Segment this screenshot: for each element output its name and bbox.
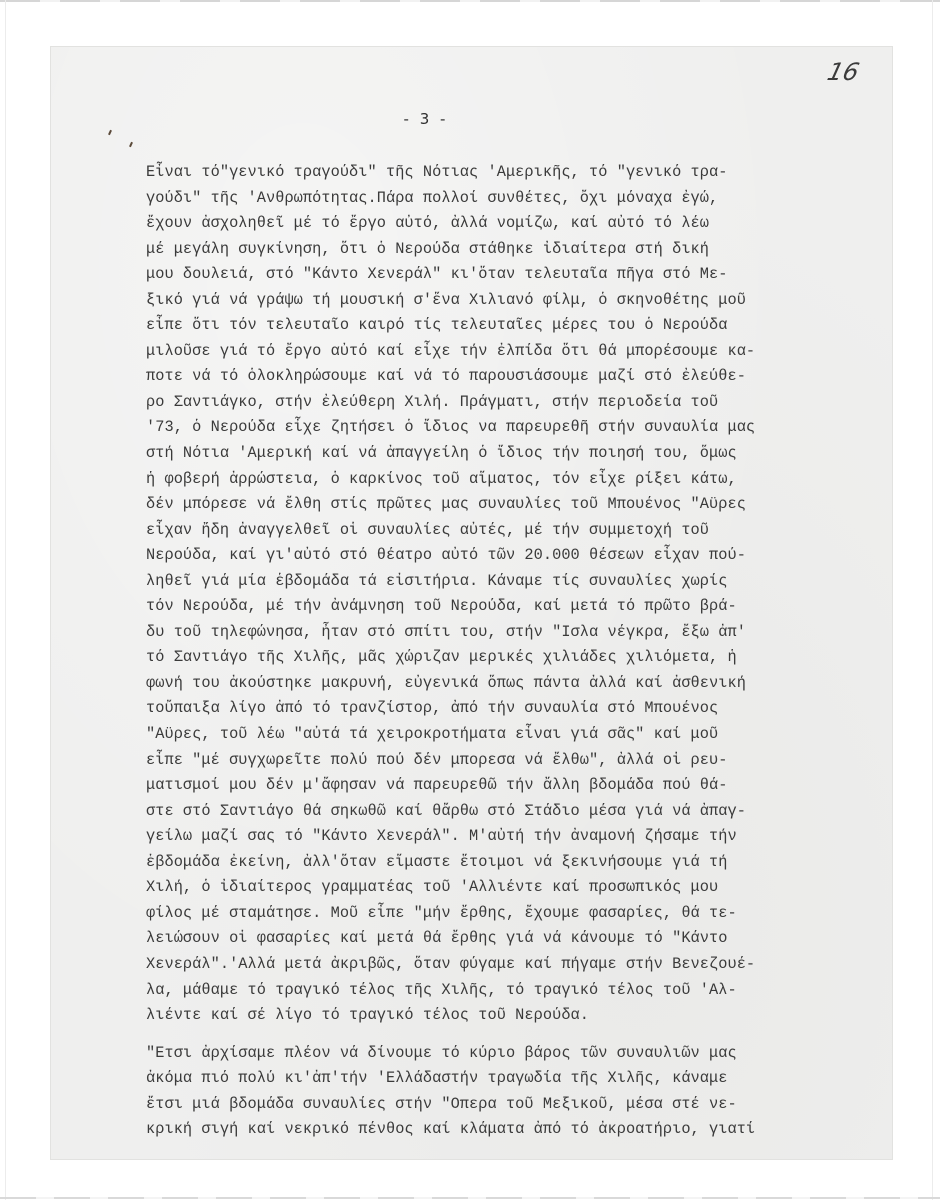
text-line: τό Σαντιάγο τῆς Χιλῆς, μᾶς χώριζαν μερικ… [146, 645, 846, 671]
text-line: δυ τοῦ τηλεφώνησα, ἦταν στό σπίτι του, σ… [146, 620, 846, 646]
text-line: "Αϋρες, τοῦ λέω "αὐτά τά χειροκροτήματα … [146, 722, 846, 748]
text-line: Εἶναι τό"γενικό τραγούδι" τῆς Νότιας 'Αμ… [146, 160, 846, 186]
text-line: '73, ὁ Νερούδα εἶχε ζητήσει ὁ ἴδιος να π… [146, 415, 846, 441]
paragraph-gap [146, 1029, 846, 1041]
text-line: γούδι" τῆς 'Ανθρωπότητας.Πάρα πολλοί συν… [146, 186, 846, 212]
text-line: ἔτσι μιά βδομάδα συναυλίες στήν "Οπερα τ… [146, 1092, 846, 1118]
text-line: στε στό Σαντιάγο θά σηκωθῶ καί θἄρθω στό… [146, 799, 846, 825]
text-line: κρική σιγή καί νεκρικό πένθος καί κλάματ… [146, 1117, 846, 1143]
text-line: ρο Σαντιάγκο, στήν ἐλεύθερη Χιλή. Πράγμα… [146, 390, 846, 416]
text-line: δέν μπόρεσε νά ἔλθη στίς πρῶτες μας συνα… [146, 492, 846, 518]
text-line: ἡ φοβερή ἀρρώστεια, ὁ καρκίνος τοῦ αἵματ… [146, 467, 846, 493]
text-line: ματισμοί μου δέν μ'ἄφησαν νά παρευρεθῶ τ… [146, 773, 846, 799]
text-line: λειώσουν οἱ φασαρίες καί μετά θά ἔρθης γ… [146, 926, 846, 952]
text-line: "Ετσι ἀρχίσαμε πλέον νά δίνουμε τό κύριο… [146, 1041, 846, 1067]
text-line: μου δουλειά, στό "Κάντο Χενεράλ" κι'ὅταν… [146, 262, 846, 288]
text-line: γείλω μαζί σας τό "Κάντο Χενεράλ". Μ'αὐτ… [146, 824, 846, 850]
text-line: Νερούδα, καί γι'αὐτό στό θέατρο αὐτό τῶν… [146, 543, 846, 569]
text-line: μέ μεγάλη συγκίνηση, ὅτι ὁ Νερούδα στάθη… [146, 237, 846, 263]
text-line: φίλος μέ σταμάτησε. Μοῦ εἶπε "μήν ἔρθης,… [146, 901, 846, 927]
text-line: εἶπε "μέ συγχωρεῖτε πολύ πού δέν μπορεσα… [146, 748, 846, 774]
text-line: Χιλή, ὁ ἰδιαίτερος γραμματέας τοῦ 'Αλλιέ… [146, 875, 846, 901]
text-line: ἀκόμα πιό πολύ κι'ἀπ'τήν 'Ελλάδαστήν τρα… [146, 1066, 846, 1092]
text-line: στή Νότια 'Αμερική καί νά ἀπαγγείλη ὁ ἴδ… [146, 441, 846, 467]
text-line: φωνή του ἀκούστηκε μακρυνή, εὐγενικά ὅπω… [146, 671, 846, 697]
text-line: τοὔπαιξα λίγο ἀπό τό τρανζίστορ, ἀπό τήν… [146, 696, 846, 722]
body-text: Εἶναι τό"γενικό τραγούδι" τῆς Νότιας 'Αμ… [146, 160, 846, 1143]
scan-edge-left [5, 0, 6, 1200]
text-line: Χενεράλ".'Αλλά μετά ἀκριβῶς, ὅταν φύγαμε… [146, 952, 846, 978]
paragraph: "Ετσι ἀρχίσαμε πλέον νά δίνουμε τό κύριο… [146, 1041, 846, 1143]
text-line: ληθεῖ γιά μία ἑβδομάδα τά εἰσιτήρια. Κάν… [146, 569, 846, 595]
text-line: ξικό γιά νά γράψω τή μουσική σ'ἕνα Χιλια… [146, 288, 846, 314]
paragraph: Εἶναι τό"γενικό τραγούδι" τῆς Νότιας 'Αμ… [146, 160, 846, 1029]
page-number: - 3 - [396, 110, 456, 128]
text-line: μιλοῦσε γιά τό ἔργο αὐτό καί εἶχε τήν ἐλ… [146, 339, 846, 365]
text-line: λα, μάθαμε τό τραγικό τέλος τῆς Χιλῆς, τ… [146, 978, 846, 1004]
text-line: εἶχαν ἤδη ἀναγγελθεῖ οἱ συναυλίες αὐτές,… [146, 518, 846, 544]
scan-edge-bottom [0, 1197, 940, 1199]
text-line: λιέντε καί σέ λίγο τό τραγικό τέλος τοῦ … [146, 1003, 846, 1029]
text-line: ἔχουν ἀσχοληθεῖ μέ τό ἔργο αὐτό, ἀλλά νο… [146, 211, 846, 237]
scan-edge-top [0, 0, 940, 2]
text-line: εἶπε ὅτι τόν τελευταῖο καιρό τίς τελευτα… [146, 313, 846, 339]
scan-edge-right [932, 0, 933, 1200]
text-line: ἑβδομάδα ἐκείνη, ἀλλ'ὅταν εἵμαστε ἕτοιμο… [146, 850, 846, 876]
text-line: τόν Νερούδα, μέ τήν ἀνάμνηση τοῦ Νερούδα… [146, 594, 846, 620]
text-line: ποτε νά τό ὁλοκληρώσουμε καί νά τό παρου… [146, 364, 846, 390]
